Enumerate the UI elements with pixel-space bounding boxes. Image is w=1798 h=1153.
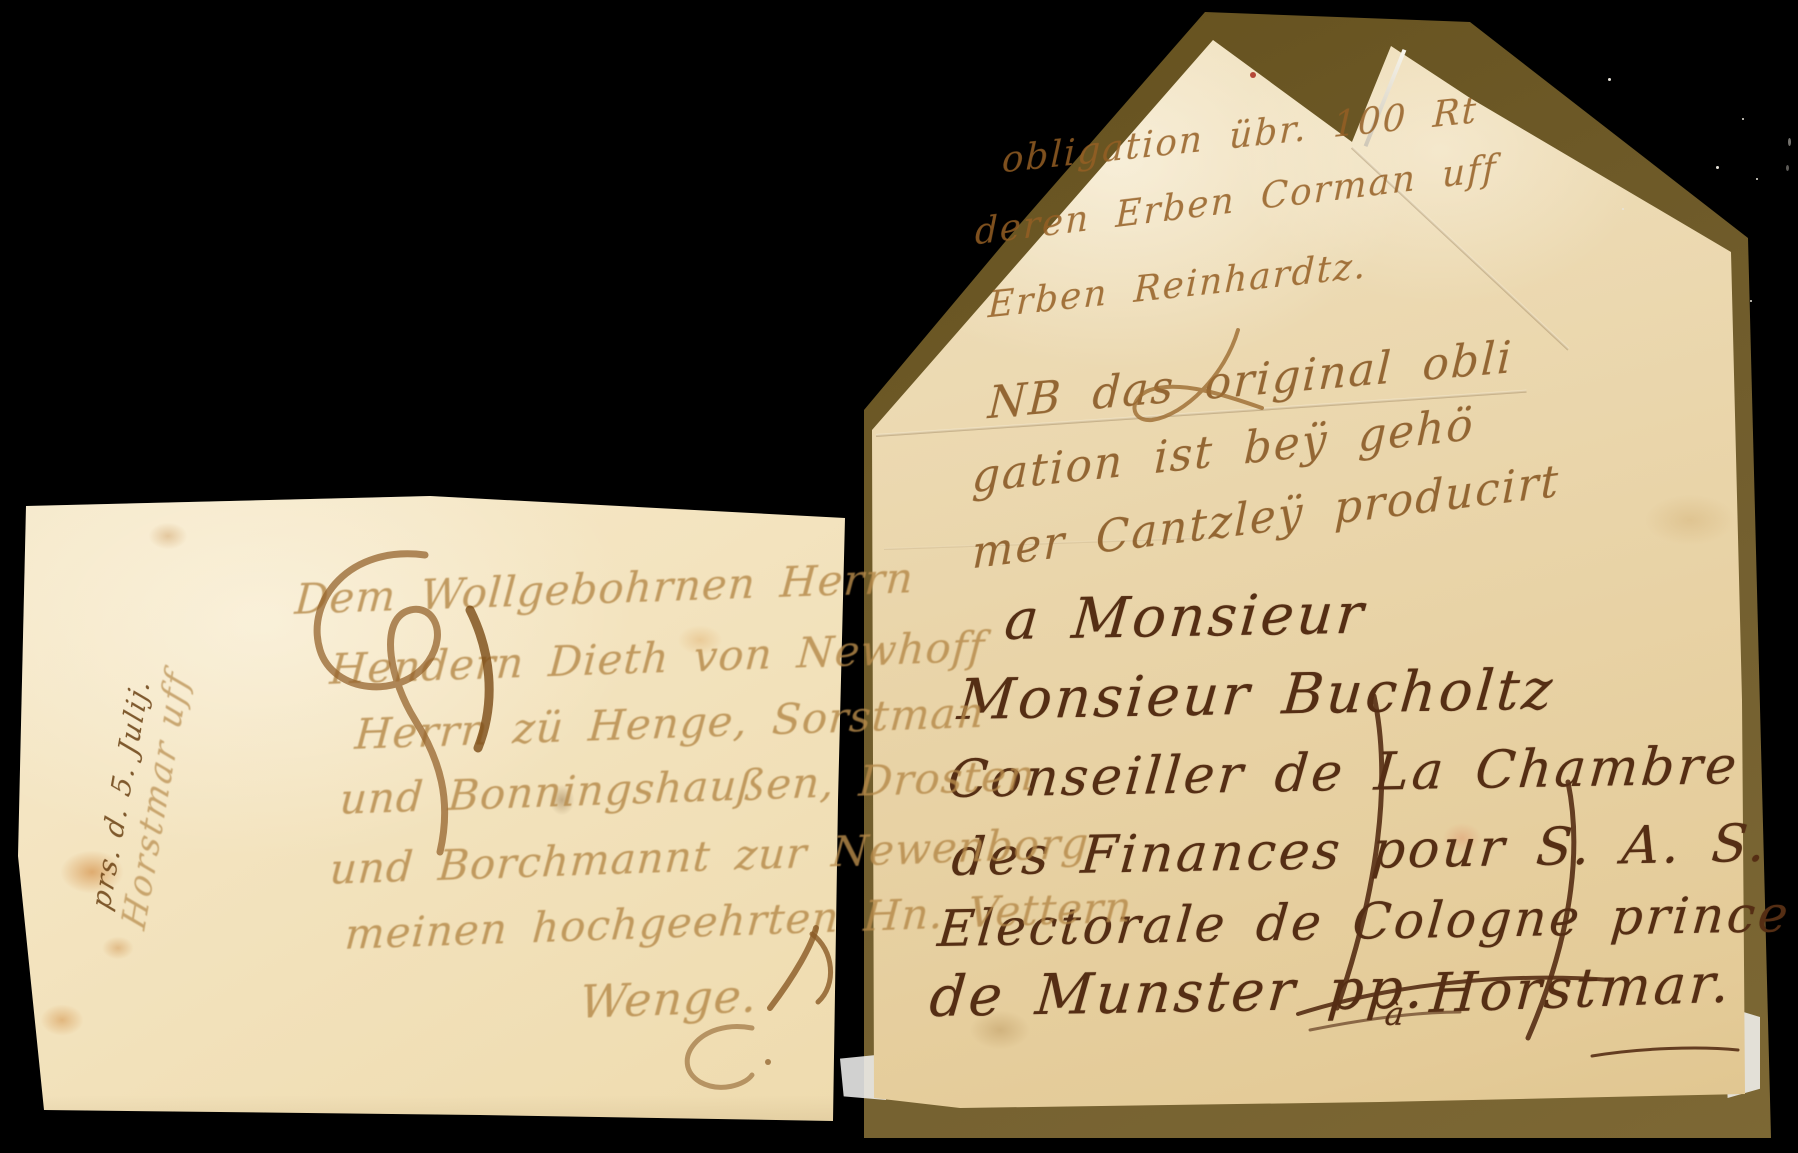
- dust-speck: [1756, 178, 1758, 180]
- dust-speck: [1786, 165, 1789, 171]
- dust-speck: [1750, 300, 1752, 302]
- envelope-care-of-mark: à: [1383, 995, 1408, 1033]
- dust-speck: [1622, 208, 1624, 210]
- envelope-address-line: de Munster pp.: [927, 956, 1429, 1030]
- envelope-address-line: Monsieur Bucholtz: [955, 658, 1557, 734]
- photograph-of-two-historic-letters: obligation übr. 100 Rt deren Erben Corma…: [0, 0, 1798, 1153]
- dust-speck: [1608, 78, 1611, 81]
- envelope-address-line: a Monsieur: [1002, 582, 1369, 653]
- dust-speck: [1716, 166, 1719, 169]
- dust-speck: [1742, 118, 1744, 120]
- letter-destination-line: Wenge.: [578, 969, 759, 1029]
- dust-speck: [1788, 138, 1791, 146]
- envelope-destination-signature: Horstmar.: [1428, 951, 1735, 1025]
